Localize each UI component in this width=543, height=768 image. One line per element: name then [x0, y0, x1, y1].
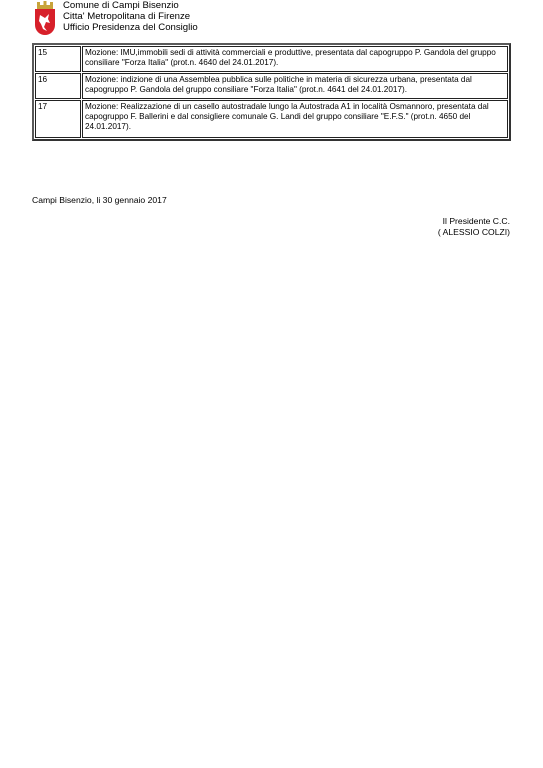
table-row: 17 Mozione: Realizzazione di un casello …	[35, 100, 508, 138]
header-line-office: Ufficio Presidenza del Consiglio	[63, 23, 198, 34]
item-number: 15	[35, 46, 81, 72]
item-text: Mozione: Realizzazione di un casello aut…	[82, 100, 508, 138]
agenda-table: 15 Mozione: IMU,immobili sedi di attivit…	[32, 43, 511, 141]
signature-title: Il Presidente C.C.	[438, 216, 510, 227]
header-line-metro-city: Citta' Metropolitana di Firenze	[63, 12, 198, 23]
item-text: Mozione: IMU,immobili sedi di attività c…	[82, 46, 508, 72]
item-number: 16	[35, 73, 81, 99]
item-text: Mozione: indizione di una Assemblea pubb…	[82, 73, 508, 99]
signature-name: ( ALESSIO COLZI)	[438, 227, 510, 238]
signature-block: Il Presidente C.C. ( ALESSIO COLZI)	[438, 216, 510, 238]
table-row: 15 Mozione: IMU,immobili sedi di attivit…	[35, 46, 508, 72]
document-header: Comune di Campi Bisenzio Citta' Metropol…	[33, 1, 198, 37]
place-date: Campi Bisenzio, li 30 gennaio 2017	[32, 195, 167, 205]
coat-of-arms-icon	[33, 1, 57, 37]
table-row: 16 Mozione: indizione di una Assemblea p…	[35, 73, 508, 99]
item-number: 17	[35, 100, 81, 138]
